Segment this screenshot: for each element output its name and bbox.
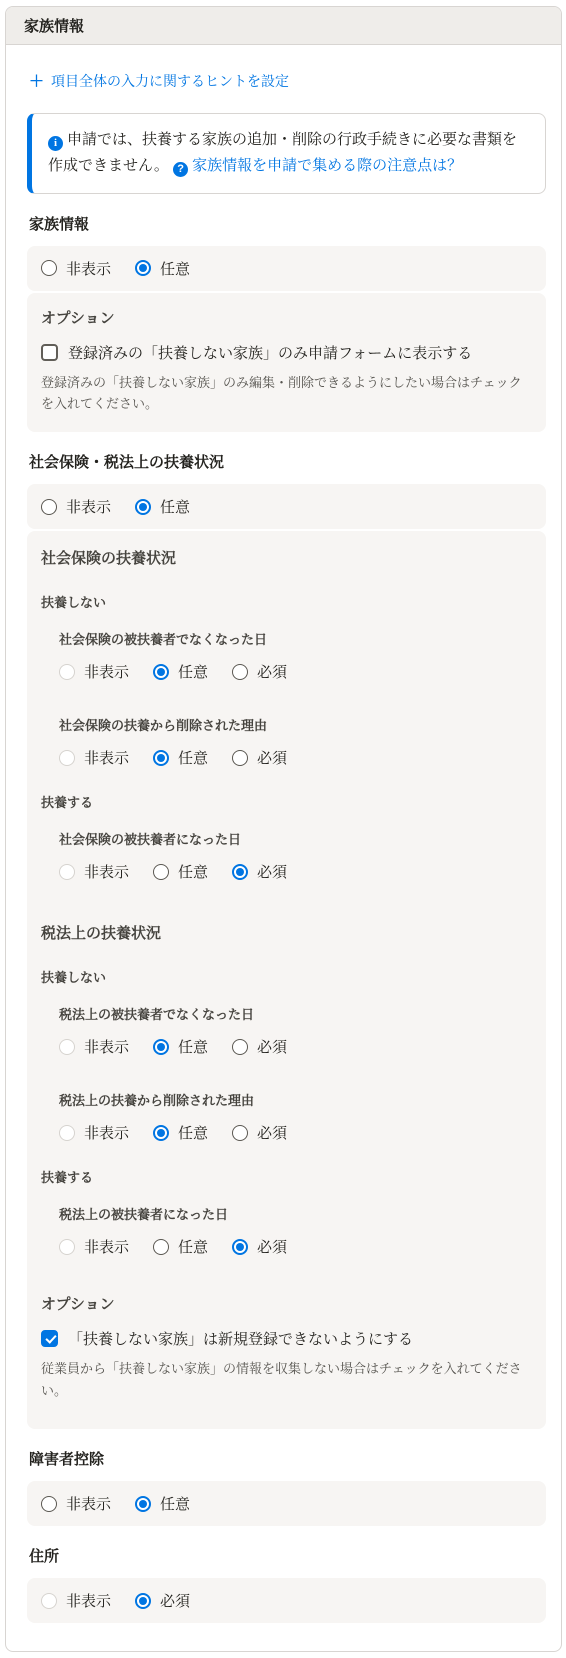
radio-option-optional[interactable]: 任意 [153,1236,208,1257]
radio-label: 必須 [160,1590,190,1611]
plus-icon: ＋ [29,74,44,89]
field-tax-removal-reason: 税法上の扶養から削除された理由 非表示 任意 必須 [59,1090,532,1143]
field-label: 税法上の被扶養者でなくなった日 [59,1004,532,1023]
radio-label: 必須 [257,747,287,768]
radio-icon [232,1039,248,1055]
radio-selected-icon [135,499,151,515]
radio-option-optional-selected[interactable]: 任意 [135,1493,190,1514]
field-radio-group: 非表示 任意 必須 [59,661,532,682]
field-radio-group: 非表示 任意 必須 [59,1122,532,1143]
radio-option-required-selected[interactable]: 必須 [232,861,287,882]
address-visibility-radio-group: 非表示 必須 [41,1590,532,1611]
radio-selected-icon [232,1239,248,1255]
radio-selected-icon [153,664,169,680]
radio-label: 非表示 [66,1590,111,1611]
radio-icon [232,750,248,766]
radio-icon [232,1125,248,1141]
address-visibility-band: 非表示 必須 [27,1578,546,1623]
radio-label: 任意 [178,1236,208,1257]
family-info-settings-card: 家族情報 ＋ 項目全体の入力に関するヒントを設定 i申請では、扶養する家族の追加… [5,6,562,1652]
radio-option-hidden-disabled[interactable]: 非表示 [59,661,129,682]
radio-option-optional-selected[interactable]: 任意 [153,747,208,768]
group-heading-not-dependent: 扶養しない [41,592,532,611]
radio-label: 任意 [178,661,208,682]
field-social-no-longer-dependent-date: 社会保険の被扶養者でなくなった日 非表示 任意 必須 [59,629,532,682]
radio-icon [41,260,57,276]
radio-disabled-icon [59,1039,75,1055]
radio-icon [153,864,169,880]
radio-option-hidden[interactable]: 非表示 [41,496,111,517]
radio-option-required-selected[interactable]: 必須 [135,1590,190,1611]
family-info-options-panel: オプション 登録済みの「扶養しない家族」のみ申請フォームに表示する 登録済みの「… [27,293,546,433]
radio-label: 任意 [160,1493,190,1514]
radio-icon [153,1239,169,1255]
field-radio-group: 非表示 任意 必須 [59,747,532,768]
radio-label: 非表示 [84,1236,129,1257]
radio-selected-icon [135,260,151,276]
radio-option-optional-selected[interactable]: 任意 [135,258,190,279]
disability-visibility-band: 非表示 任意 [27,1481,546,1526]
section-heading-dependent-status: 社会保険・税法上の扶養状況 [29,451,546,472]
radio-option-hidden[interactable]: 非表示 [41,1493,111,1514]
group-heading-dependent: 扶養する [41,792,532,811]
dependent-status-visibility-radio-group: 非表示 任意 [41,496,532,517]
radio-disabled-icon [59,1239,75,1255]
notice-help-link[interactable]: 家族情報を申請で集める際の注意点は？ [192,157,462,174]
field-label: 税法上の被扶養者になった日 [59,1204,532,1223]
radio-label: 非表示 [84,747,129,768]
checkbox-unchecked-icon [41,344,58,361]
field-tax-became-dependent-date: 税法上の被扶養者になった日 非表示 任意 必須 [59,1204,532,1257]
radio-label: 任意 [178,747,208,768]
radio-option-required[interactable]: 必須 [232,661,287,682]
social-insurance-heading: 社会保険の扶養状況 [41,547,532,568]
family-info-visibility-radio-group: 非表示 任意 [41,258,532,279]
registered-family-only-checkbox[interactable]: 登録済みの「扶養しない家族」のみ申請フォームに表示する [41,342,532,363]
radio-option-hidden-disabled[interactable]: 非表示 [59,1236,129,1257]
checkbox-label: 登録済みの「扶養しない家族」のみ申請フォームに表示する [68,342,472,363]
checkbox-help-text: 従業員から「扶養しない家族」の情報を収集しない場合はチェックを入れてください。 [41,1358,532,1401]
radio-option-hidden[interactable]: 非表示 [41,258,111,279]
card-header: 家族情報 [6,7,561,45]
info-icon: i [48,136,63,151]
radio-option-required-selected[interactable]: 必須 [232,1236,287,1257]
family-info-visibility-band: 非表示 任意 [27,246,546,291]
checkbox-checked-icon [41,1330,58,1347]
radio-icon [232,664,248,680]
radio-option-optional[interactable]: 任意 [153,861,208,882]
field-label: 社会保険の被扶養者でなくなった日 [59,629,532,648]
radio-option-hidden-disabled[interactable]: 非表示 [41,1590,111,1611]
checkbox-help-text: 登録済みの「扶養しない家族」のみ編集・削除できるようにしたい場合はチェックを入れ… [41,372,532,415]
radio-label: 任意 [160,258,190,279]
group-heading-not-dependent: 扶養しない [41,967,532,986]
field-label: 社会保険の扶養から削除された理由 [59,715,532,734]
help-icon: ? [173,162,188,177]
group-heading-dependent: 扶養する [41,1167,532,1186]
radio-disabled-icon [59,1125,75,1141]
radio-option-optional-selected[interactable]: 任意 [153,1122,208,1143]
dependent-status-panel: 社会保険の扶養状況 扶養しない 社会保険の被扶養者でなくなった日 非表示 任意 [27,531,546,1429]
radio-label: 必須 [257,1122,287,1143]
field-label: 社会保険の被扶養者になった日 [59,829,532,848]
radio-option-required[interactable]: 必須 [232,747,287,768]
checkbox-label: 「扶養しない家族」は新規登録できないようにする [68,1328,413,1349]
radio-option-required[interactable]: 必須 [232,1036,287,1057]
section-heading-disability-deduction: 障害者控除 [29,1448,546,1469]
set-hint-link[interactable]: ＋ 項目全体の入力に関するヒントを設定 [29,71,289,91]
radio-label: 非表示 [84,861,129,882]
radio-option-hidden-disabled[interactable]: 非表示 [59,747,129,768]
radio-selected-icon [153,750,169,766]
radio-label: 非表示 [66,496,111,517]
notice-box: i申請では、扶養する家族の追加・削除の行政手続きに必要な書類を作成できません。 … [27,113,546,194]
radio-option-optional-selected[interactable]: 任意 [153,661,208,682]
disability-visibility-radio-group: 非表示 任意 [41,1493,532,1514]
radio-label: 非表示 [66,1493,111,1514]
tax-status-heading: 税法上の扶養状況 [41,922,532,943]
radio-label: 非表示 [84,661,129,682]
radio-disabled-icon [59,750,75,766]
radio-label: 任意 [178,861,208,882]
radio-disabled-icon [41,1593,57,1609]
radio-label: 必須 [257,661,287,682]
radio-icon [41,1496,57,1512]
radio-label: 非表示 [84,1122,129,1143]
field-label: 税法上の扶養から削除された理由 [59,1090,532,1109]
section-heading-address: 住所 [29,1545,546,1566]
set-hint-link-label: 項目全体の入力に関するヒントを設定 [51,71,289,91]
field-tax-no-longer-dependent-date: 税法上の被扶養者でなくなった日 非表示 任意 必須 [59,1004,532,1057]
options-heading: オプション [41,1293,532,1314]
options-heading: オプション [41,307,532,328]
radio-selected-icon [153,1039,169,1055]
radio-label: 非表示 [66,258,111,279]
radio-selected-icon [135,1593,151,1609]
radio-label: 非表示 [84,1036,129,1057]
radio-option-required[interactable]: 必須 [232,1122,287,1143]
field-radio-group: 非表示 任意 必須 [59,1236,532,1257]
no-new-non-dependent-checkbox[interactable]: 「扶養しない家族」は新規登録できないようにする [41,1328,532,1349]
radio-icon [41,499,57,515]
radio-label: 必須 [257,1036,287,1057]
radio-label: 必須 [257,861,287,882]
radio-label: 任意 [160,496,190,517]
radio-label: 任意 [178,1122,208,1143]
field-social-became-dependent-date: 社会保険の被扶養者になった日 非表示 任意 必須 [59,829,532,882]
radio-option-optional-selected[interactable]: 任意 [135,496,190,517]
field-radio-group: 非表示 任意 必須 [59,861,532,882]
card-body: ＋ 項目全体の入力に関するヒントを設定 i申請では、扶養する家族の追加・削除の行… [6,45,561,1651]
radio-option-hidden-disabled[interactable]: 非表示 [59,1122,129,1143]
dependent-status-visibility-band: 非表示 任意 [27,484,546,529]
radio-selected-icon [135,1496,151,1512]
radio-disabled-icon [59,664,75,680]
radio-label: 必須 [257,1236,287,1257]
field-social-removal-reason: 社会保険の扶養から削除された理由 非表示 任意 必須 [59,715,532,768]
radio-option-hidden-disabled[interactable]: 非表示 [59,1036,129,1057]
section-heading-family-info: 家族情報 [29,213,546,234]
radio-selected-icon [153,1125,169,1141]
radio-option-hidden-disabled[interactable]: 非表示 [59,861,129,882]
field-radio-group: 非表示 任意 必須 [59,1036,532,1057]
card-title: 家族情報 [24,15,84,36]
radio-selected-icon [232,864,248,880]
radio-label: 任意 [178,1036,208,1057]
radio-disabled-icon [59,864,75,880]
radio-option-optional-selected[interactable]: 任意 [153,1036,208,1057]
